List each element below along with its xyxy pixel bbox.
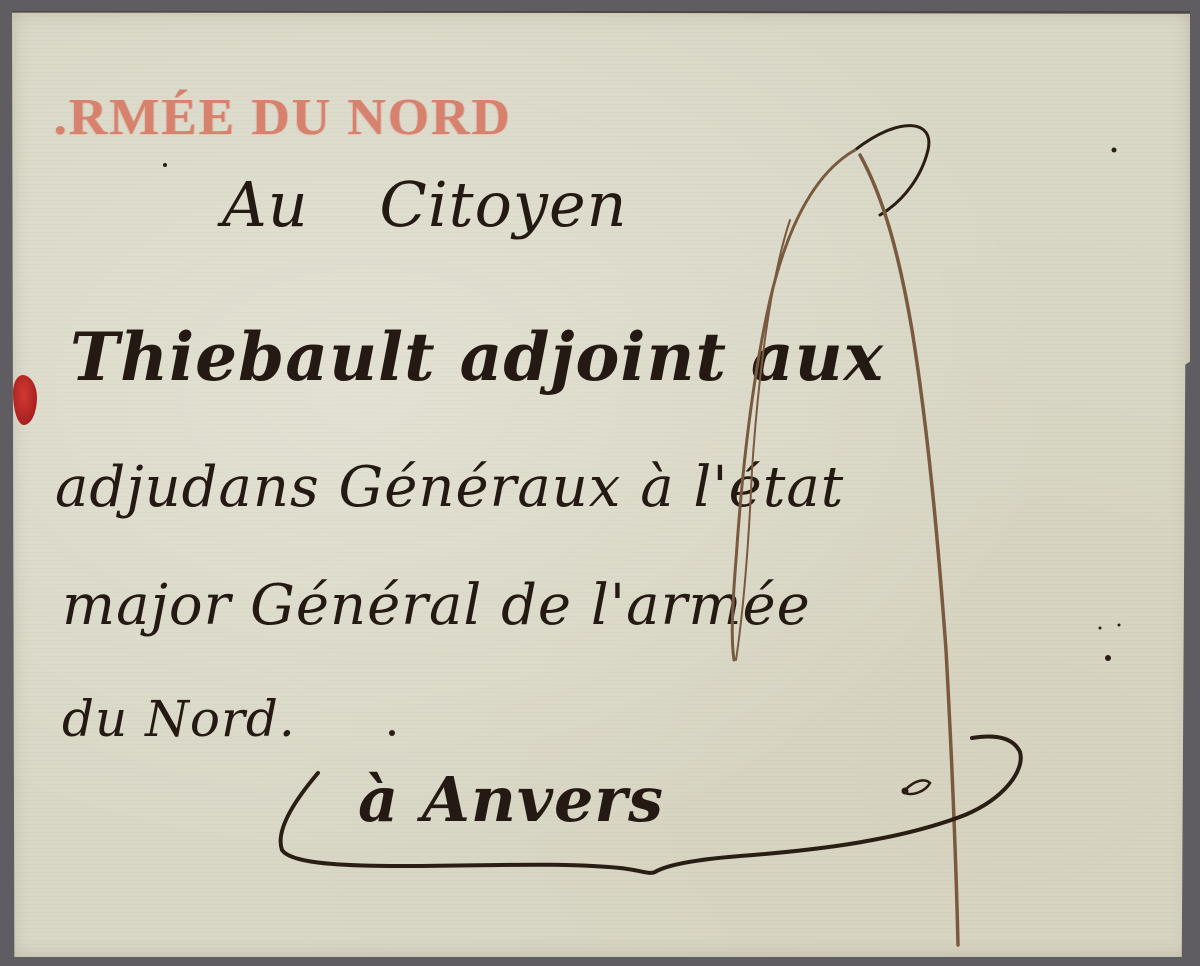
address-line-destination: à Anvers <box>358 763 664 836</box>
postmark-armee-du-nord: .RMÉE DU NORD <box>54 88 512 147</box>
address-line-2: Thiebault adjoint aux <box>70 318 884 396</box>
paper-top-edge <box>12 11 1190 13</box>
address-line-1: Au Citoyen <box>222 168 628 241</box>
address-line-4: major Général de l'armée <box>62 573 811 638</box>
address-line-5: du Nord. <box>62 690 296 748</box>
address-line-3: adjudans Généraux à l'état <box>55 455 844 520</box>
